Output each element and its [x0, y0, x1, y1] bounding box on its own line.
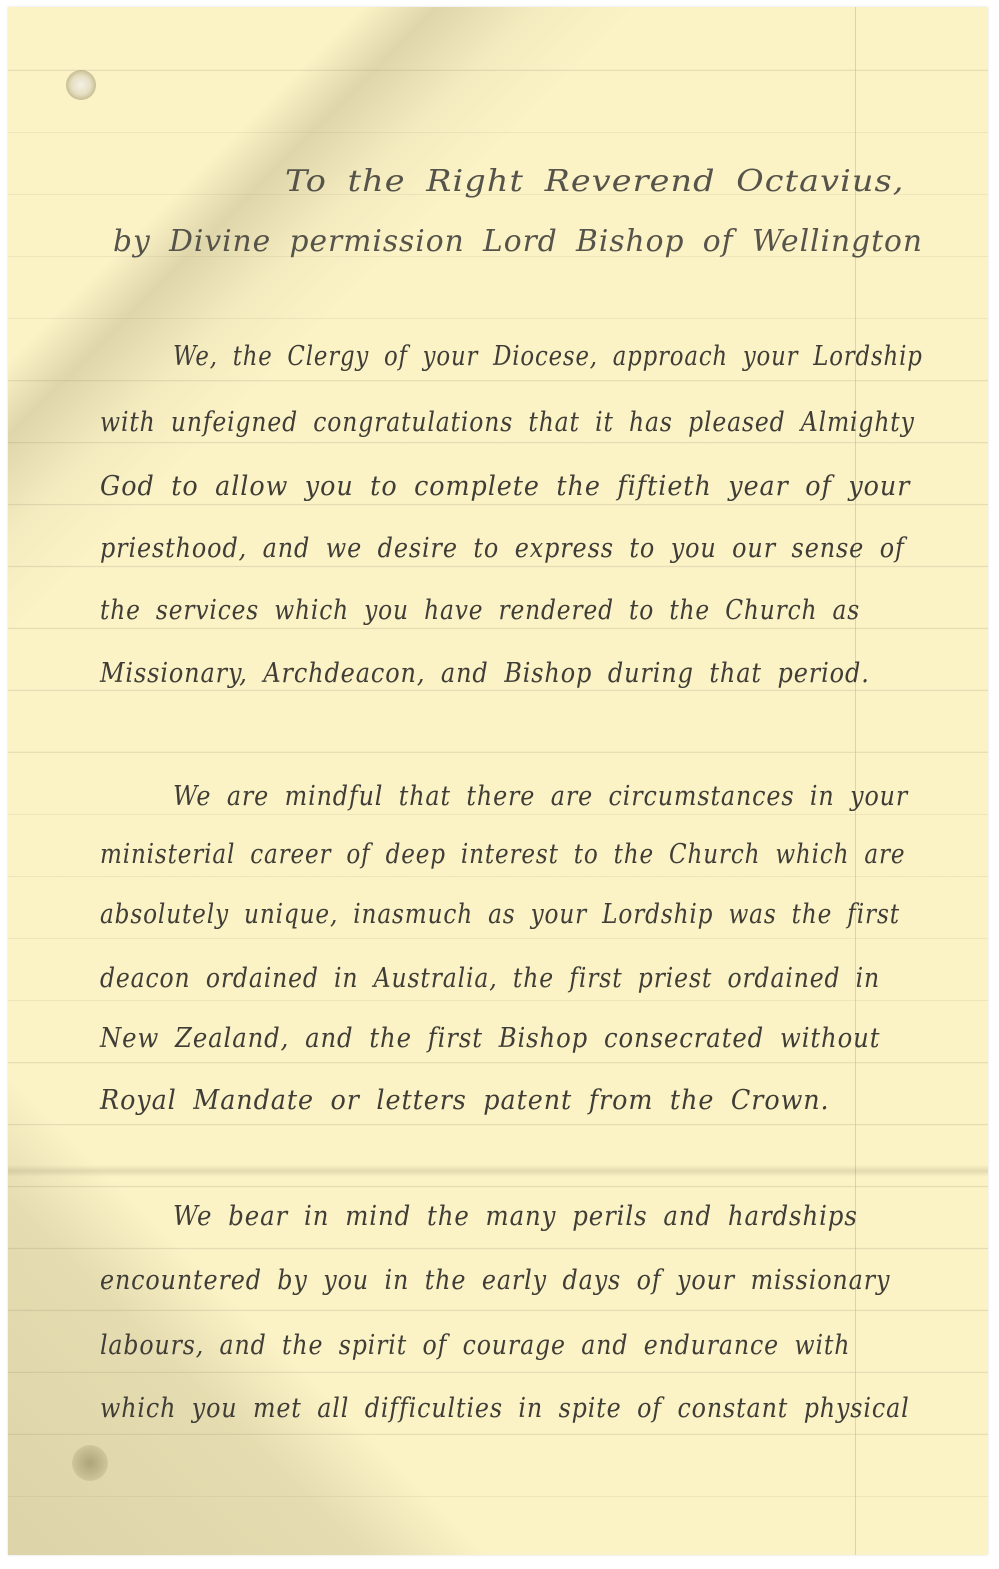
paragraph-1-line-3: God to allow you to complete the fiftiet…: [100, 473, 910, 500]
paragraph-1-line-4: priesthood, and we desire to express to …: [100, 535, 905, 562]
letter-page: To the Right Reverend Octavius, by Divin…: [8, 7, 988, 1555]
paper-fold: [8, 1165, 988, 1177]
paragraph-2-line-5: New Zealand, and the first Bishop consec…: [100, 1025, 880, 1052]
paragraph-3-line-4: which you met all difficulties in spite …: [100, 1395, 910, 1422]
paragraph-2-line-6: Royal Mandate or letters patent from the…: [100, 1087, 830, 1114]
paragraph-1-line-5: the services which you have rendered to …: [100, 597, 860, 624]
heading-line-2: by Divine permission Lord Bishop of Well…: [113, 227, 923, 257]
paragraph-1-line-6: Missionary, Archdeacon, and Bishop durin…: [100, 660, 870, 687]
paper-stain: [72, 1445, 108, 1481]
paragraph-2-line-3: absolutely unique, inasmuch as your Lord…: [100, 901, 900, 928]
paragraph-2-line-1: We are mindful that there are circumstan…: [173, 783, 908, 810]
paragraph-1-line-2: with unfeigned congratulations that it h…: [100, 409, 915, 436]
heading-line-1: To the Right Reverend Octavius,: [285, 167, 905, 197]
paragraph-3-line-2: encountered by you in the early days of …: [100, 1267, 890, 1294]
paper-hole: [66, 70, 96, 100]
paragraph-3-line-1: We bear in mind the many perils and hard…: [173, 1203, 858, 1230]
paragraph-2-line-4: deacon ordained in Australia, the first …: [100, 965, 880, 992]
paragraph-3-line-3: labours, and the spirit of courage and e…: [100, 1332, 850, 1359]
paragraph-2-line-2: ministerial career of deep interest to t…: [100, 841, 905, 868]
paragraph-1-line-1: We, the Clergy of your Diocese, approach…: [173, 343, 923, 370]
